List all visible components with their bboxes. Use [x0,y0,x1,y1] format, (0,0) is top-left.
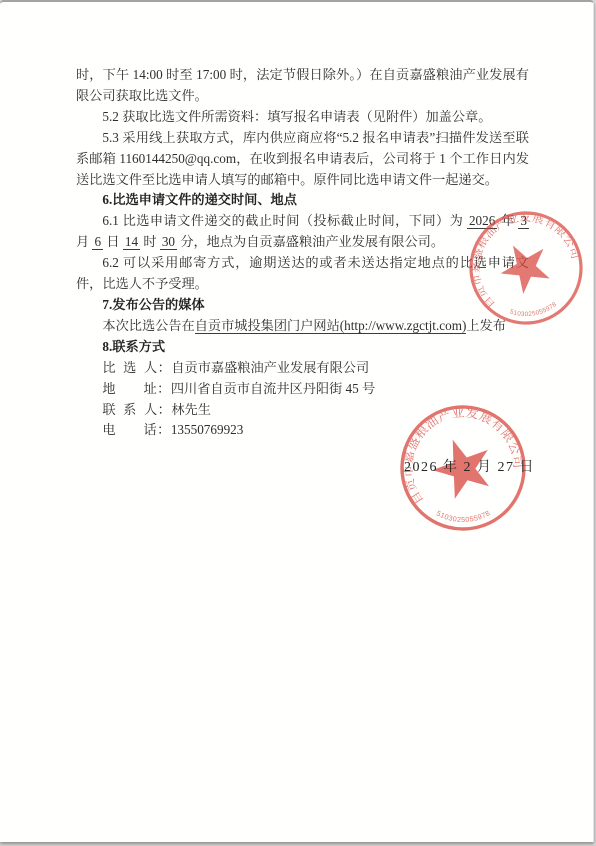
deadline-year: 2026 [467,213,497,229]
deadline-day: 6 [92,234,103,250]
heading-section-7: 7.发布公告的媒体 [76,295,529,316]
heading-section-6: 6.比选申请文件的递交时间、地点 [76,190,529,211]
contact-phone-value: 13550769923 [171,422,244,437]
contact-address-row: 地 址：四川省自贡市自流井区丹阳街 45 号 [76,379,529,400]
text-segment: 本次比选公告在 [102,318,194,333]
contact-bidder-value: 自贡市嘉盛粮油产业发展有限公司 [171,360,369,375]
contact-phone-label: 电 话： [102,422,170,437]
contact-person-row: 联 系 人：林先生 [76,400,529,421]
text-segment: 分，地点为自贡嘉盛粮油产业发展有限公司。 [180,234,444,249]
contact-address-value: 四川省自贡市自流井区丹阳街 45 号 [171,381,375,396]
text-segment: 上发布 [466,318,506,333]
svg-text:5103025055978: 5103025055978 [433,493,492,536]
heading-section-8: 8.联系方式 [76,337,529,358]
paragraph-5-1-continuation: 时，下午 14:00 时至 17:00 时，法定节假日除外。）在自贡嘉盛粮油产业… [76,65,529,107]
announcement-website-link: 自贡市城投集团门户网站(http://www.zgctjt.com) [195,318,467,334]
paragraph-7-media: 本次比选公告在自贡市城投集团门户网站(http://www.zgctjt.com… [76,316,529,337]
stamp-date: 2026 年 2 月 27 日 [404,456,535,476]
contact-person-value: 林先生 [171,402,211,417]
document-body: 时，下午 14:00 时至 17:00 时，法定节假日除外。）在自贡嘉盛粮油产业… [76,65,529,441]
seal-registration-number-text: 5103025055978 [433,493,492,536]
text-segment: 年 [501,213,515,228]
paragraph-6-1-deadline: 6.1 比选申请文件递交的截止时间（投标截止时间，下同）为 2026 年 3 月… [76,211,529,253]
contact-bidder-label: 比 选 人： [102,360,171,375]
contact-phone-row: 电 话：13550769923 [76,420,529,441]
deadline-minute: 30 [160,234,177,250]
text-segment: 时 [143,234,156,249]
deadline-month: 3 [518,213,529,229]
contact-person-label: 联 系 人： [102,402,171,417]
paragraph-5-3: 5.3 采用线上获取方式，库内供应商应将“5.2 报名申请表”扫描件发送至联系邮… [76,128,529,191]
text-segment: 日 [106,234,119,249]
paragraph-5-2: 5.2 获取比选文件所需资料：填写报名申请表（见附件）加盖公章。 [76,107,529,128]
document-page: 时，下午 14:00 时至 17:00 时，法定节假日除外。）在自贡嘉盛粮油产业… [0,0,594,842]
paragraph-6-2: 6.2 可以采用邮寄方式，逾期送达的或者未送达指定地点的比选申请文件，比选人不予… [76,253,529,295]
deadline-hour: 14 [123,234,140,250]
text-segment: 月 [76,234,89,249]
contact-address-label: 地 址： [102,381,170,396]
contact-bidder-row: 比 选 人：自贡市嘉盛粮油产业发展有限公司 [76,358,529,379]
text-segment: 6.1 比选申请文件递交的截止时间（投标截止时间，下同）为 [102,213,463,228]
